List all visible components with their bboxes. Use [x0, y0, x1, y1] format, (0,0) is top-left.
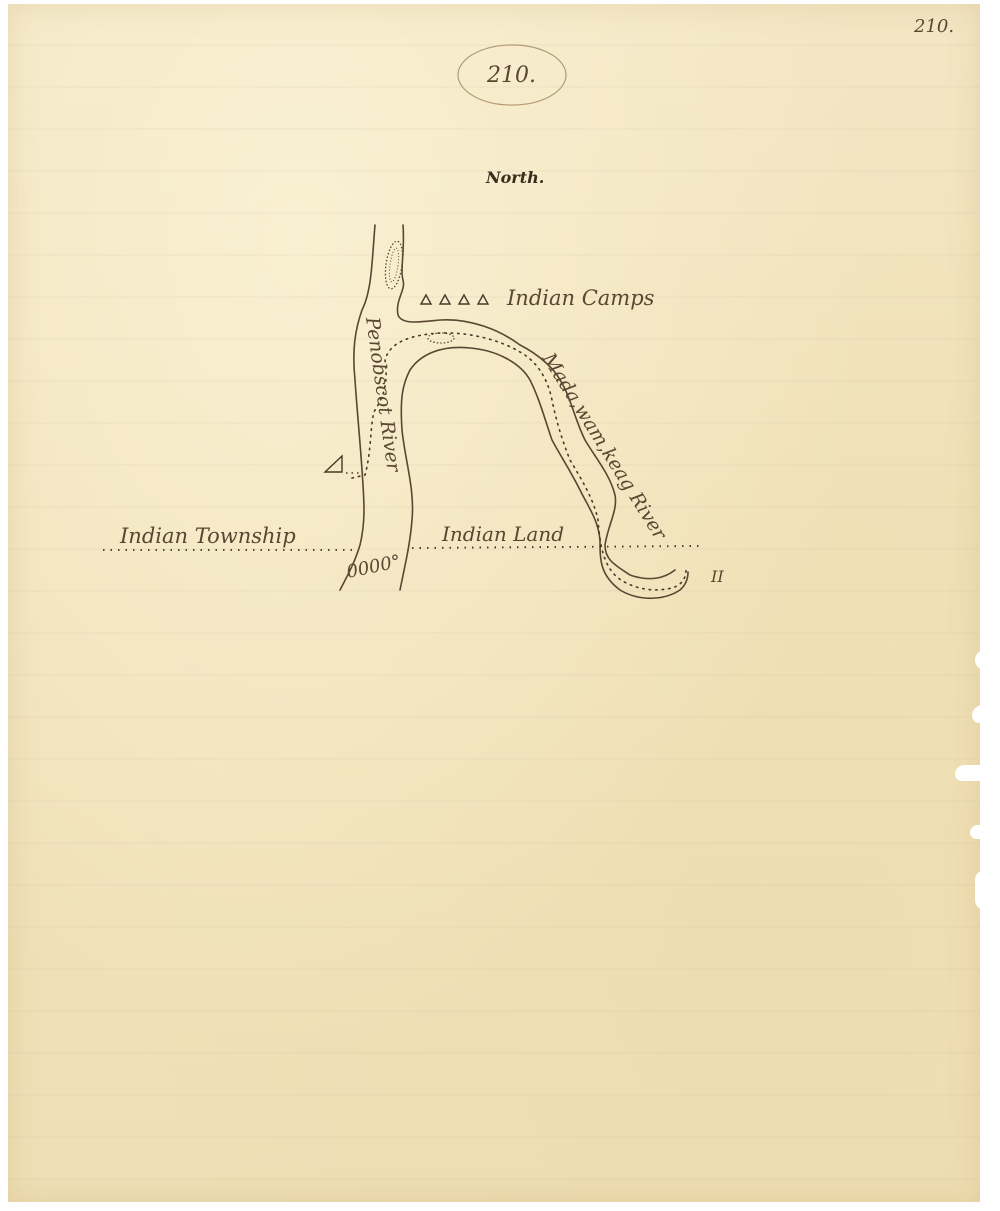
camp-icon [478, 295, 488, 304]
map-drawing: 210. 210. North. Indian Camps Penobscot … [0, 0, 1000, 1211]
indian-township-label: Indian Township [119, 524, 296, 548]
camp-icon [421, 295, 431, 304]
island-north-inner [388, 248, 401, 283]
indian-land-label: Indian Land [441, 522, 564, 546]
north-label: North. [485, 168, 544, 187]
page-number-corner: 210. [913, 16, 954, 37]
madawamkeag-river-label: Mada,wam,keag River [537, 348, 672, 545]
camp-icon [440, 295, 450, 304]
camp-triangles [421, 295, 488, 304]
penobscot-river-label: Penobscot River [361, 315, 405, 475]
camp-icon [459, 295, 469, 304]
island-north [383, 240, 406, 290]
edge-mark: II [710, 567, 724, 586]
falls-mark: 0000° [345, 551, 403, 583]
township-boundary-east [412, 546, 700, 548]
madawamkeag-river [410, 347, 688, 598]
island-fork [428, 333, 454, 343]
page-number-circled: 210. [486, 63, 536, 88]
triangle-marker-icon [325, 456, 342, 472]
indian-camps-label: Indian Camps [506, 286, 655, 310]
